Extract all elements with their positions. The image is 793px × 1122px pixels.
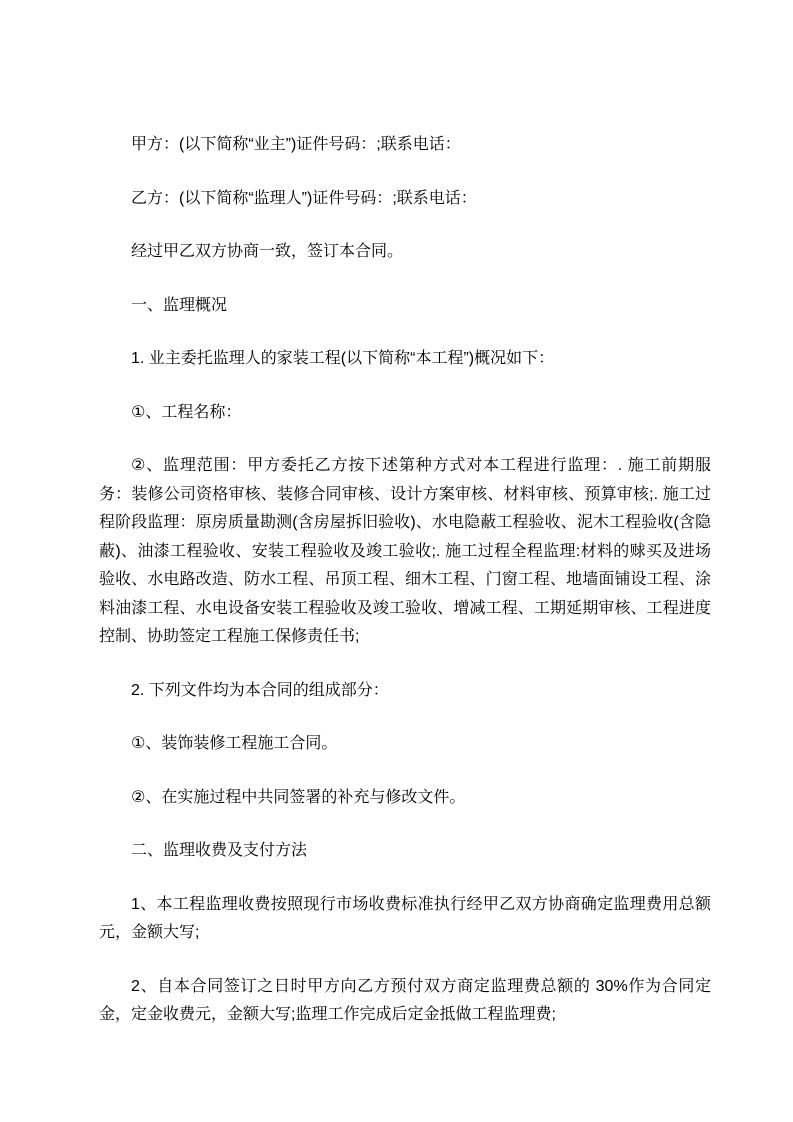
paragraph-party-b: 乙方：(以下简称“监理人”)证件号码：;联系电话： <box>99 185 711 214</box>
paragraph-party-a: 甲方：(以下简称“业主”)证件号码：;联系电话： <box>99 131 711 160</box>
paragraph-doc-item-1: ①、装饰装修工程施工合同。 <box>99 730 711 759</box>
contract-page: 甲方：(以下简称“业主”)证件号码：;联系电话： 乙方：(以下简称“监理人”)证… <box>0 0 793 1122</box>
section-1-heading: 一、监理概况 <box>99 292 711 321</box>
paragraph-supervision-scope: ②、监理范围：甲方委托乙方按下述第种方式对本工程进行监理：. 施工前期服务：装修… <box>99 452 711 652</box>
paragraph-doc-item-2: ②、在实施过程中共同签署的补充与修改文件。 <box>99 784 711 813</box>
paragraph-clause-1-1: 1. 业主委托监理人的家装工程(以下简称“本工程”)概况如下： <box>99 345 711 374</box>
paragraph-project-name: ①、工程名称： <box>99 399 711 428</box>
paragraph-fee-clause-2: 2、自本合同签订之日时甲方向乙方预付双方商定监理费总额的 30%作为合同定金，定… <box>99 973 711 1030</box>
paragraph-fee-clause-1: 1、本工程监理收费按照现行市场收费标准执行经甲乙双方协商确定监理费用总额元，金额… <box>99 891 711 948</box>
paragraph-preamble: 经过甲乙双方协商一致，签订本合同。 <box>99 238 711 267</box>
paragraph-clause-1-2: 2. 下列文件均为本合同的组成部分： <box>99 677 711 706</box>
section-2-heading: 二、监理收费及支付方法 <box>99 837 711 866</box>
